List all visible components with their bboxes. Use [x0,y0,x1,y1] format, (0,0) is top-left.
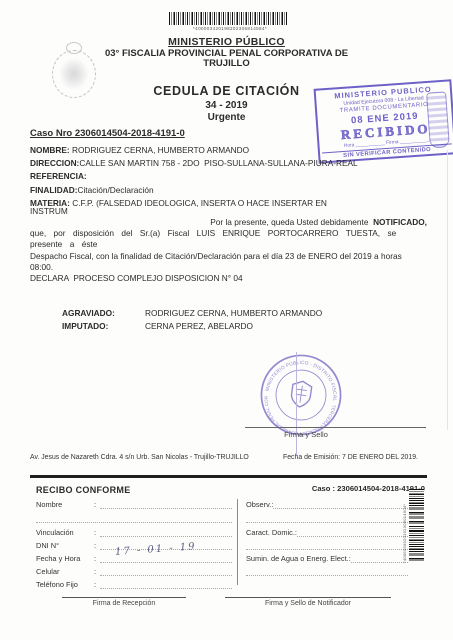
fiscal-round-seal: MINISTERIO PÚBLICO - DISTRITO FISCAL DE … [252,346,349,443]
recibo-form: Nombre: Vinculación: DNI N°: Fecha y Hor… [36,497,408,589]
paragraph-line: Por la presente, queda Usted debidamente… [30,217,427,228]
colon: : [94,500,96,509]
scan-artifact-line [447,150,448,430]
colon: : [94,567,96,576]
firma-recepcion-label: Firma de Recepción [62,600,186,607]
dotted-line [36,514,232,523]
section-divider-rule [30,475,427,478]
dotted-line [246,541,408,550]
colon: : [94,541,96,550]
party-value: RODRIGUEZ CERNA, HUMBERTO ARMANDO [145,308,322,318]
field-label: DIRECCION: [30,158,79,168]
field-value: RODRIGUEZ CERNA, HUMBERTO ARMANDO [70,145,249,155]
row-label: Teléfono Fijo [36,580,94,589]
case-number: Caso Nro 2306014504-2018-4191-0 [30,128,360,139]
firma-notificador-label: Firma y Sello de Notificador [225,600,391,607]
colon: : [94,580,96,589]
field-value: C.F.P. (FALSEDAD IDEOLOGICA, INSERTA O H… [30,198,329,217]
field-value: Citación/Declaración [77,185,153,195]
field-direccion: DIRECCION:CALLE SAN MARTIN 758 - 2DO PIS… [30,159,360,168]
row-label: Observ.: [246,500,273,509]
row-label: Sumin. de Agua o Energ. Elect.: [246,554,351,563]
notification-paragraph: Por la presente, queda Usted debidamente… [30,217,427,284]
row-vinculacion: Vinculación: [36,528,232,537]
paragraph-line: que, por disposición del Sr.(a) Fiscal L… [30,228,427,250]
side-barcode [409,489,424,561]
case-section: Caso Nro 2306014504-2018-4191-0 NOMBRE: … [30,128,360,221]
row-label: Vinculación [36,528,94,537]
party-label: AGRAVIADO: [62,307,145,320]
row-celular: Celular: [36,567,232,576]
dotted-line [100,567,232,576]
paragraph-line: DECLARA PROCESO COMPLEJO DISPOSICION N° … [30,273,427,284]
intro-text: Por la presente, queda Usted debidamente [210,217,373,227]
firma-notificador-line [225,597,391,598]
row-label: Celular [36,567,94,576]
dotted-line [100,500,232,509]
row-observ: Observ.: [246,500,408,509]
field-label: REFERENCIA: [30,171,87,181]
row-label: Fecha y Hora [36,554,94,563]
row-continuation [246,514,408,523]
field-nombre: NOMBRE: RODRIGUEZ CERNA, HUMBERTO ARMAND… [30,146,360,155]
row-label: Caract. Domic.: [246,528,297,537]
top-barcode [169,12,288,25]
office-line2: TRUJILLO [0,58,453,69]
dotted-line [100,580,232,589]
org-title: MINISTERIO PÚBLICO [0,36,453,48]
dotted-line [246,514,408,523]
dotted-line [297,528,408,537]
dotted-line [351,554,408,563]
row-telefono: Teléfono Fijo: [36,580,232,589]
field-value: CALLE SAN MARTIN 758 - 2DO PISO-SULLANA-… [79,158,357,168]
row-continuation [246,567,408,576]
party-value: CERNA PEREZ, ABELARDO [145,321,253,331]
emission-date: Fecha de Emisión: 7 DE ENERO DEL 2019. [283,454,418,461]
field-finalidad: FINALIDAD:Citación/Declaración [30,186,360,195]
party-label: IMPUTADO: [62,320,145,333]
row-label: DNI N° [36,541,94,550]
row-continuation [246,541,408,550]
parties-section: AGRAVIADO:RODRIGUEZ CERNA, HUMBERTO ARMA… [62,307,322,333]
row-sumin: Sumin. de Agua o Energ. Elect.: [246,554,408,563]
recibo-title: RECIBO CONFORME [36,485,131,495]
row-continuation [36,514,232,523]
fold-mark-line [296,352,297,455]
field-materia: MATERIA: C.F.P. (FALSEDAD IDEOLOGICA, IN… [30,199,360,216]
office-address: Av. Jesus de Nazareth Cdra. 4 s/n Urb. S… [30,454,249,461]
dotted-line [246,567,408,576]
firma-recepcion-line [62,597,186,598]
cedula-citacion-document: *400003420198202306814584* MINISTERIO PÚ… [0,0,453,640]
top-barcode-number: *400003420198202306814584* [160,26,300,31]
colon: : [94,554,96,563]
colon: : [94,528,96,537]
firma-sello-line [245,427,426,428]
field-label: FINALIDAD: [30,185,77,195]
dotted-line [273,500,408,509]
row-label: Nombre [36,500,94,509]
party-row-agraviado: AGRAVIADO:RODRIGUEZ CERNA, HUMBERTO ARMA… [62,307,322,320]
field-label: NOMBRE: [30,145,70,155]
party-row-imputado: IMPUTADO:CERNA PEREZ, ABELARDO [62,320,322,333]
row-nombre: Nombre: [36,500,232,509]
stamp-side-emblem-icon [426,91,450,148]
paragraph-line: Despacho Fiscal, con la finalidad de Cit… [30,251,427,273]
form-column-divider [237,499,238,585]
dotted-line [100,528,232,537]
side-barcode-number: *4006050920192306014504* [402,489,407,563]
notificado-text: NOTIFICADO, [373,217,427,227]
firma-sello-label: Firma y Sello [245,430,367,439]
row-caract-domic: Caract. Domic.: [246,528,408,537]
field-referencia: REFERENCIA: [30,172,360,181]
round-seal-svg: MINISTERIO PÚBLICO - DISTRITO FISCAL DE … [252,346,349,443]
